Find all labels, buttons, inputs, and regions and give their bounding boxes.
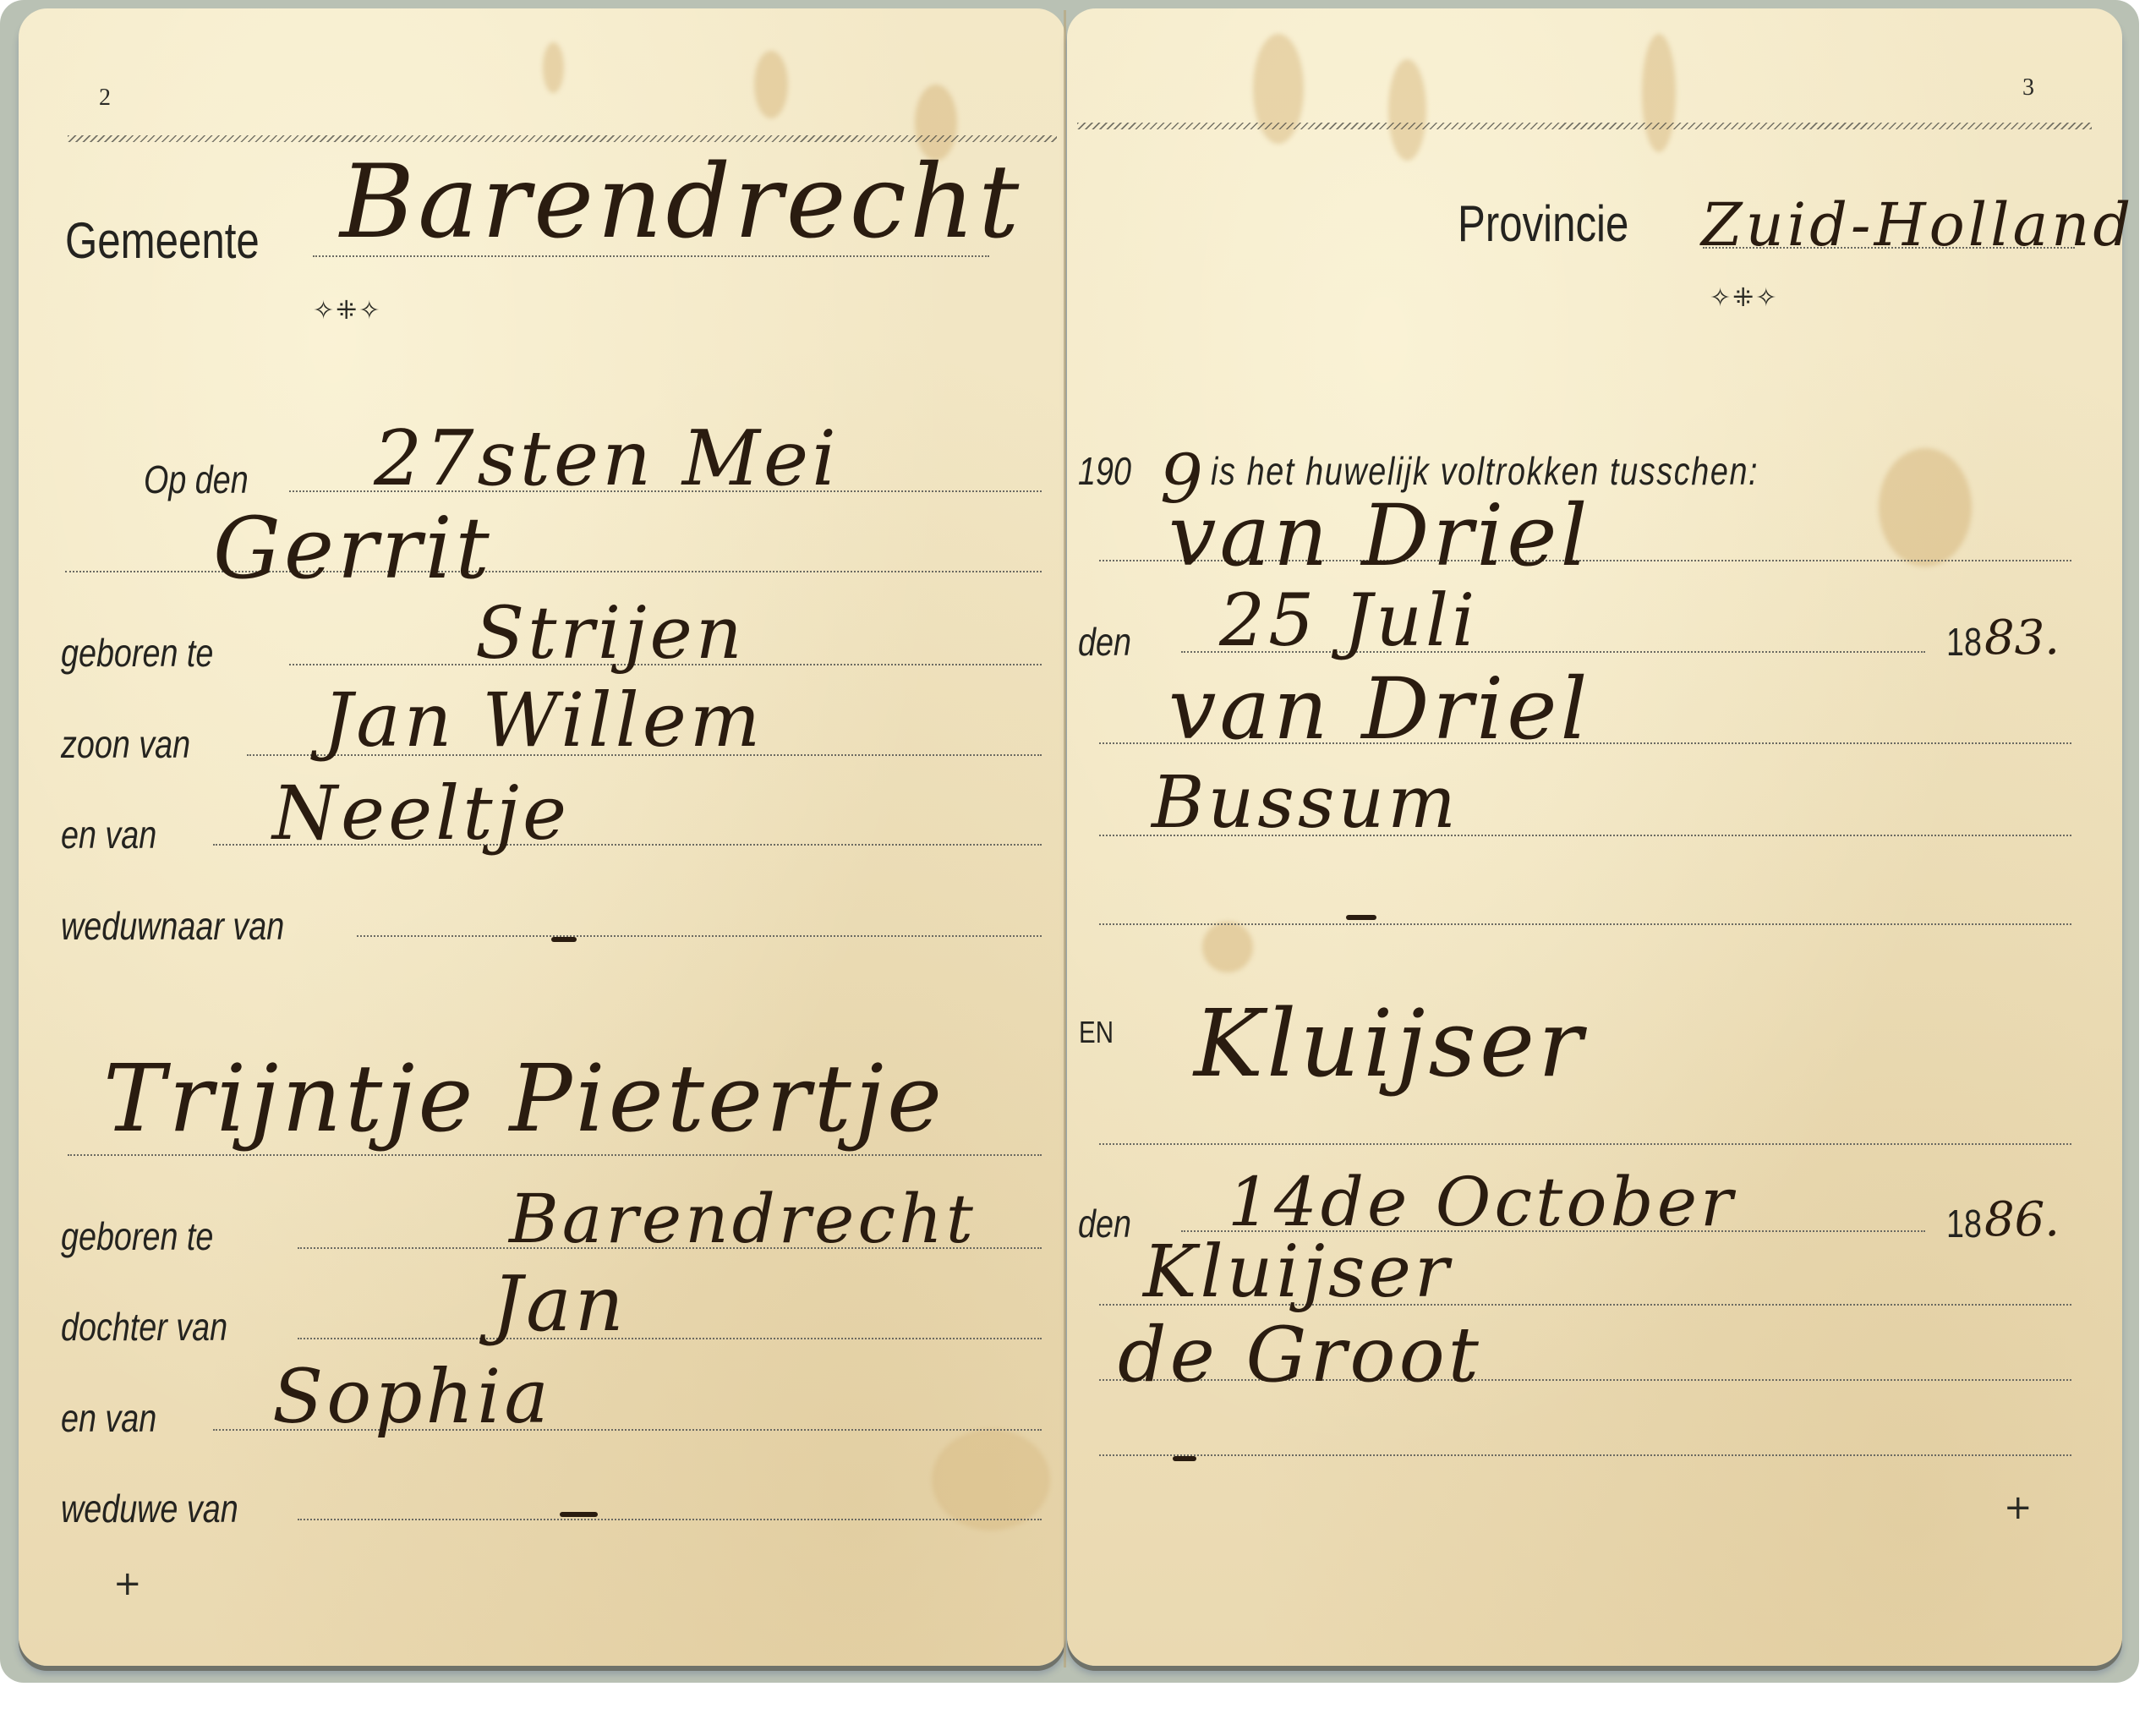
bride-name-line [68,1154,1042,1156]
groom-birth-year-prefix: 18 [1946,619,1982,665]
groom-father-surname: van Driel [1168,660,1590,758]
gemeente-label: Gemeente [65,211,260,270]
en-van-label: en van [61,812,156,857]
stain [1202,922,1253,972]
stain [932,1429,1050,1531]
groom-name-line [65,571,1042,572]
groom-birth-date: 25 Juli [1219,579,1478,663]
page-number: 3 [2022,74,2034,101]
bride-surname: Kluijser [1194,989,1586,1098]
stain [1879,448,1972,567]
groom-mother-surname: Bussum [1152,761,1459,845]
page-number: 2 [99,85,111,112]
book-spine [1064,10,1066,1667]
corner-cross-icon: + [2004,1488,2033,1527]
weduwnaar-van-line [357,935,1042,937]
bride-birth-year-suffix: 86. [1984,1192,2060,1247]
groom-previous-spouse-value [1346,915,1376,920]
groom-surname: van Driel [1168,486,1590,585]
bride-previous-spouse-line [1099,1454,2071,1456]
weduwe-van-label: weduwe van [61,1486,238,1531]
header-rule [68,135,1057,142]
op-den-value: 27sten Mei [374,414,840,503]
weduwnaar-van-label: weduwnaar van [61,903,284,949]
zoon-van-label: zoon van [61,721,190,767]
groom-den-label: den [1078,619,1131,665]
bride-father-surname: Kluijser [1143,1230,1453,1314]
en-van-value: Neeltje [272,769,570,857]
bride-den-label: den [1078,1201,1131,1246]
ornament-icon: ✧⁜✧ [1710,283,1778,313]
ornament-icon: ✧⁜✧ [313,296,381,326]
op-den-label: Op den [144,457,249,502]
stain [543,42,564,93]
bride-mother-surname: de Groot [1118,1311,1482,1399]
gemeente-value: Barendrecht [340,144,1022,261]
provincie-label: Provincie [1458,194,1628,253]
bride-surname-line [1099,1143,2071,1145]
right-page: 3 Provincie Zuid-Holland ✧⁜✧ 190 9 is he… [1067,8,2122,1666]
dochter-van-line [298,1338,1042,1339]
dochter-van-label: dochter van [61,1304,227,1350]
weduwe-van-value [560,1512,598,1517]
corner-cross-icon: + [113,1564,142,1603]
stain [754,51,788,118]
en-label: EN [1079,1015,1114,1050]
weduwnaar-van-value [551,937,577,942]
left-page: 2 Gemeente Barendrecht ✧⁜✧ Op den 27sten… [19,8,1065,1666]
header-rule [1077,123,2092,129]
bride-en-van-label: en van [61,1395,156,1441]
bride-geboren-te-label: geboren te [61,1213,213,1259]
geboren-te-value: Strijen [475,592,746,676]
groom-previous-spouse-line [1099,923,2071,925]
bride-geboren-te-value: Barendrecht [509,1180,977,1258]
bride-first-names: Trijntje Pietertje [103,1044,945,1153]
bride-birth-year-prefix: 18 [1946,1201,1982,1246]
weduwe-van-line [298,1519,1042,1520]
bride-previous-spouse-value [1173,1456,1196,1461]
dochter-van-value: Jan [492,1260,627,1349]
year-prefix: 190 [1078,448,1131,494]
geboren-te-label: geboren te [61,630,213,676]
groom-birth-year-suffix: 83. [1984,611,2060,665]
stain [1388,59,1426,161]
provincie-value: Zuid-Holland [1701,190,2134,260]
groom-first-name: Gerrit [213,499,493,598]
zoon-van-value: Jan Willem [323,676,763,764]
bride-en-van-value: Sophia [272,1353,552,1440]
stain [1642,34,1676,152]
